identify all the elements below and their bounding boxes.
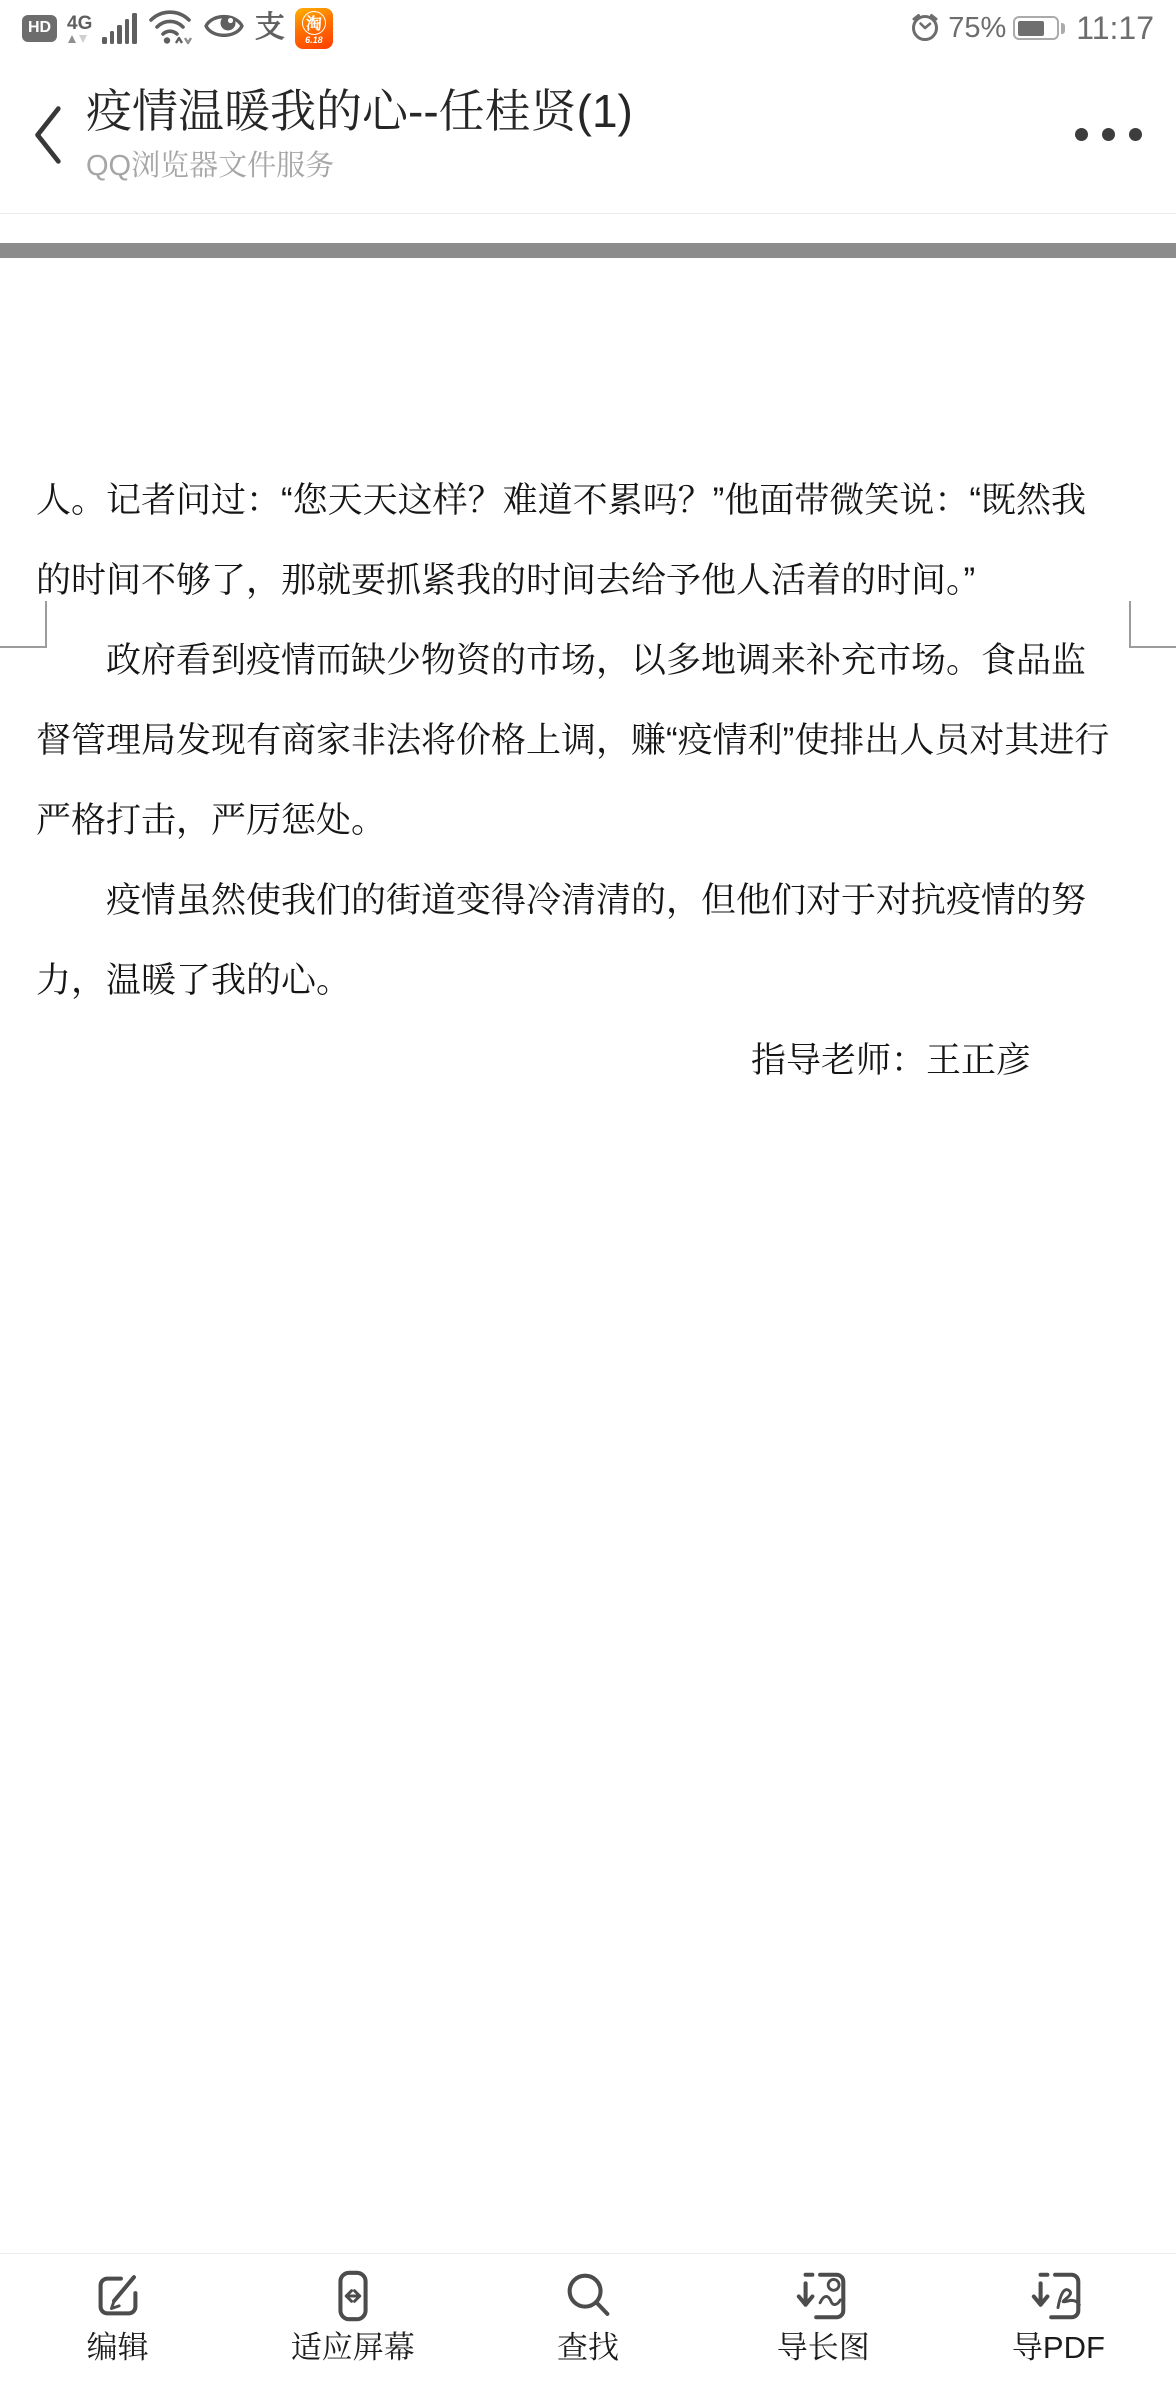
document-line: 严格打击，严厉惩处。	[36, 781, 1140, 861]
document-line: 人。记者问过：“您天天这样？难道不累吗？”他面带微笑说：“既然我	[36, 461, 1140, 541]
wifi-icon	[147, 7, 193, 50]
page-corner-mark-right	[1129, 601, 1176, 648]
bottom-toolbar: 编辑 适应屏幕 查找 导长图	[0, 2253, 1176, 2400]
export-pdf-button[interactable]: 导PDF	[941, 2254, 1176, 2400]
tool-label: 编辑	[87, 2332, 149, 2363]
tool-label: 适应屏幕	[291, 2332, 415, 2363]
edit-pencil-icon	[89, 2267, 147, 2325]
page-title: 疫情温暖我的心--任桂贤(1)	[86, 85, 1067, 138]
status-bar: HD 4G	[0, 0, 1176, 56]
clock-time-label: 11:17	[1076, 10, 1154, 47]
dot-icon	[1075, 128, 1088, 141]
document-line: 的时间不够了，那就要抓紧我的时间去给予他人活着的时间。”	[36, 541, 1140, 621]
eye-comfort-icon	[203, 9, 245, 48]
more-menu-button[interactable]	[1067, 114, 1150, 155]
battery-percent-label: 75%	[948, 12, 1006, 45]
data-updown-arrows-icon	[68, 35, 87, 43]
header-text-block: 疫情温暖我的心--任桂贤(1) QQ浏览器文件服务	[86, 85, 1067, 185]
edit-button[interactable]: 编辑	[0, 2254, 235, 2400]
taobao-glyph: 淘	[302, 11, 326, 35]
page-separator-strip	[0, 243, 1176, 258]
app-header: 疫情温暖我的心--任桂贤(1) QQ浏览器文件服务	[0, 56, 1176, 214]
signal-strength-icon	[102, 12, 137, 44]
network-4g-indicator: 4G	[67, 14, 92, 43]
alarm-clock-icon	[909, 10, 941, 47]
document-line: 督管理局发现有商家非法将价格上调，赚“疫情利”使排出人员对其进行	[36, 701, 1140, 781]
download-arrow-icon	[79, 35, 87, 43]
search-icon	[559, 2267, 617, 2325]
document-line: 力，温暖了我的心。	[36, 941, 1140, 1021]
page-corner-mark-left	[0, 601, 47, 648]
fit-screen-button[interactable]: 适应屏幕	[235, 2254, 470, 2400]
document-line: 疫情虽然使我们的街道变得冷清清的，但他们对于对抗疫情的努	[36, 861, 1140, 941]
document-text: 人。记者问过：“您天天这样？难道不累吗？”他面带微笑说：“既然我 的时间不够了，…	[0, 461, 1176, 1101]
alipay-icon: 支	[255, 13, 285, 43]
dot-icon	[1129, 128, 1142, 141]
taobao-618-badge: 6.18	[305, 36, 323, 45]
tool-label: 导长图	[777, 2332, 870, 2363]
document-signature: 指导老师：王正彦	[36, 1021, 1140, 1101]
export-long-image-button[interactable]: 导长图	[706, 2254, 941, 2400]
document-page: 人。记者问过：“您天天这样？难道不累吗？”他面带微笑说：“既然我 的时间不够了，…	[0, 461, 1176, 1101]
hd-volte-icon: HD	[22, 15, 57, 42]
find-button[interactable]: 查找	[470, 2254, 705, 2400]
network-type-label: 4G	[67, 14, 92, 33]
back-button[interactable]	[26, 93, 78, 177]
battery-icon	[1013, 16, 1065, 40]
taobao-icon: 淘 6.18	[295, 8, 333, 49]
fit-screen-icon	[324, 2267, 382, 2325]
dot-icon	[1102, 128, 1115, 141]
document-line: 政府看到疫情而缺少物资的市场，以多地调来补充市场。食品监	[36, 621, 1140, 701]
status-right-cluster: 75% 11:17	[909, 10, 1154, 47]
export-long-image-icon	[794, 2267, 852, 2325]
tool-label: 查找	[557, 2332, 619, 2363]
chevron-left-icon	[30, 103, 64, 167]
status-left-cluster: HD 4G	[22, 7, 333, 50]
export-pdf-icon	[1029, 2267, 1087, 2325]
upload-arrow-icon	[68, 35, 76, 43]
tool-label: 导PDF	[1012, 2332, 1105, 2363]
page-subtitle: QQ浏览器文件服务	[86, 143, 1067, 184]
phone-screen: HD 4G	[0, 0, 1176, 2400]
